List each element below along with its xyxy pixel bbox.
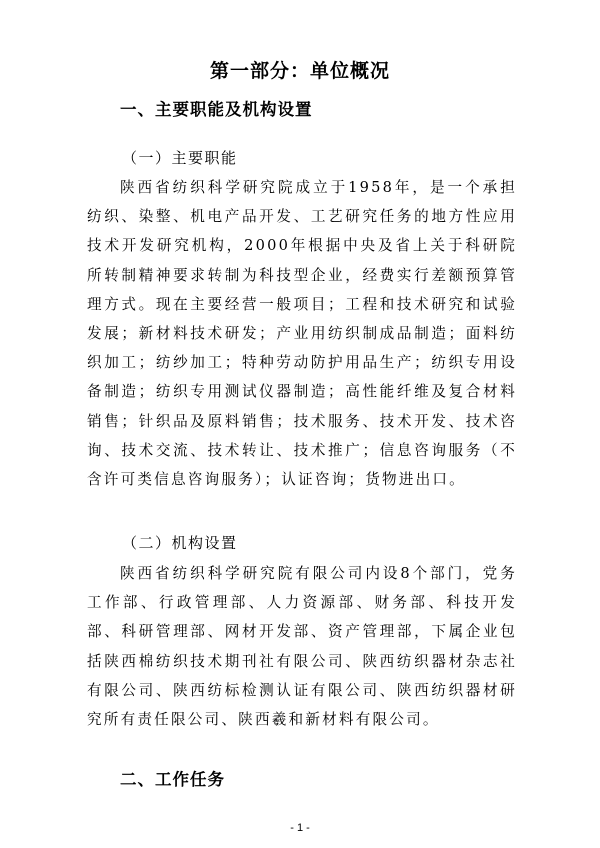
page-title: 第一部分：单位概况	[0, 56, 600, 83]
subsection-heading-functions: （一）主要职能	[122, 147, 238, 168]
section-heading-main-functions: 一、主要职能及机构设置	[120, 96, 313, 120]
page-number: - 1 -	[0, 822, 600, 834]
subsection-heading-organization: （二）机构设置	[122, 532, 238, 553]
organization-paragraph: 陕西省纺织科学研究院有限公司内设8个部门，党务工作部、行政管理部、人力资源部、财…	[87, 559, 517, 734]
functions-paragraph: 陕西省纺织科学研究院成立于1958年，是一个承担纺织、染整、机电产品开发、工艺研…	[87, 173, 517, 494]
section-heading-work-tasks: 二、工作任务	[120, 766, 225, 790]
document-page: 第一部分：单位概况 一、主要职能及机构设置 （一）主要职能 陕西省纺织科学研究院…	[0, 0, 600, 848]
